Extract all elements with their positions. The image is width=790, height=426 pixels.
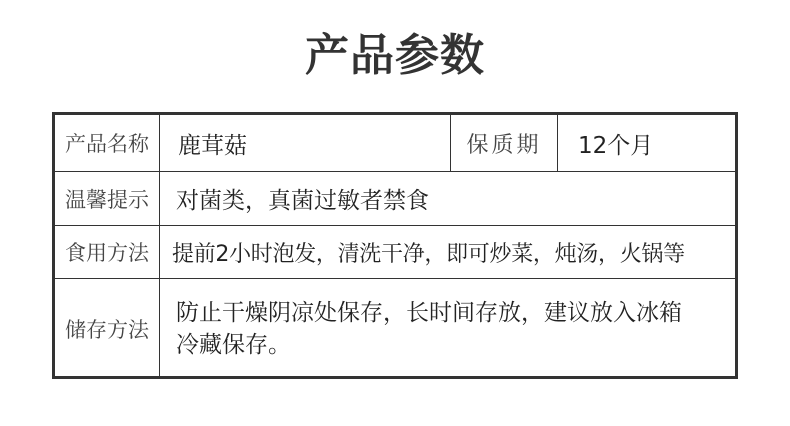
table-row-warm-tip: 温馨提示 对菌类，真菌过敏者禁食 xyxy=(55,172,735,226)
value-usage: 提前2小时泡发，清洗干净，即可炒菜，炖汤，火锅等 xyxy=(160,226,735,278)
label-product-name: 产品名称 xyxy=(55,115,160,171)
label-shelf-life: 保质期 xyxy=(451,115,558,171)
label-warm-tip: 温馨提示 xyxy=(55,172,160,225)
table-row-storage: 储存方法 防止干燥阴凉处保存，长时间存放，建议放入冰箱冷藏保存。 xyxy=(55,279,735,379)
value-shelf-life: 12个月 xyxy=(558,115,735,171)
product-parameters-table: 产品名称 鹿茸菇 保质期 12个月 温馨提示 对菌类，真菌过敏者禁食 食用方法 … xyxy=(52,112,738,379)
label-usage: 食用方法 xyxy=(55,226,160,278)
label-storage: 储存方法 xyxy=(55,279,160,379)
table-row-product-name: 产品名称 鹿茸菇 保质期 12个月 xyxy=(55,115,735,172)
value-product-name: 鹿茸菇 xyxy=(160,115,451,171)
page-title: 产品参数 xyxy=(0,26,790,86)
value-storage: 防止干燥阴凉处保存，长时间存放，建议放入冰箱冷藏保存。 xyxy=(160,279,735,379)
value-warm-tip: 对菌类，真菌过敏者禁食 xyxy=(160,172,735,225)
table-row-usage: 食用方法 提前2小时泡发，清洗干净，即可炒菜，炖汤，火锅等 xyxy=(55,226,735,279)
